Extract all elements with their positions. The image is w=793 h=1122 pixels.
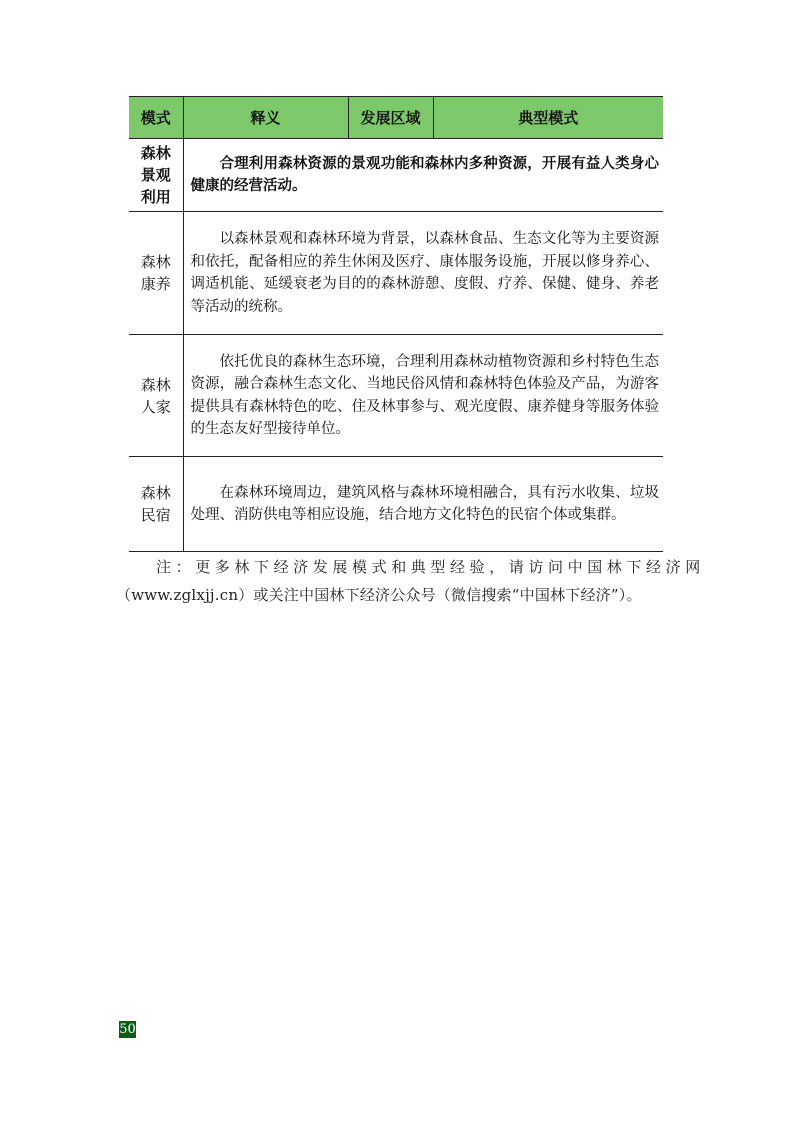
- mode-cell: 森林 康养: [129, 212, 183, 335]
- forest-model-table: 模式 释义 发展区域 典型模式 森林 景观 利用 合理利用森林资源的景观功能和森…: [129, 96, 663, 552]
- description-cell: 以森林景观和森林环境为背景，以森林食品、生态文化等为主要资源和依托，配备相应的养…: [183, 212, 663, 335]
- mode-cell: 森林 民宿: [129, 457, 183, 552]
- table-row: 森林 康养 以森林景观和森林环境为背景，以森林食品、生态文化等为主要资源和依托，…: [129, 212, 663, 335]
- table-row: 森林 景观 利用 合理利用森林资源的景观功能和森林内多种资源，开展有益人类身心健…: [129, 139, 663, 212]
- page-number: 50: [119, 1021, 136, 1038]
- footnote-line-2: （www.zglxjj.cn）或关注中国林下经济公众号（微信搜索“中国林下经济”…: [116, 581, 676, 609]
- table-row: 森林 民宿 在森林环境周边，建筑风格与森林环境相融合，具有污水收集、垃圾处理、消…: [129, 457, 663, 552]
- header-region: 发展区域: [348, 97, 433, 139]
- description-cell: 合理利用森林资源的景观功能和森林内多种资源，开展有益人类身心健康的经营活动。: [183, 139, 663, 212]
- header-typical-model: 典型模式: [433, 97, 663, 139]
- description-cell: 在森林环境周边，建筑风格与森林环境相融合，具有污水收集、垃圾处理、消防供电等相应…: [183, 457, 663, 552]
- header-mode: 模式: [129, 97, 183, 139]
- mode-cell: 森林 景观 利用: [129, 139, 183, 212]
- header-definition: 释义: [183, 97, 348, 139]
- mode-cell: 森林 人家: [129, 335, 183, 457]
- description-cell: 依托优良的森林生态环境，合理利用森林动植物资源和乡村特色生态资源，融合森林生态文…: [183, 335, 663, 457]
- footnote: 注：更多林下经济发展模式和典型经验，请访问中国林下经济网 （www.zglxjj…: [126, 553, 676, 609]
- table-header-row: 模式 释义 发展区域 典型模式: [129, 97, 663, 139]
- footnote-line-1: 注：更多林下经济发展模式和典型经验，请访问中国林下经济网: [126, 553, 676, 581]
- table-row: 森林 人家 依托优良的森林生态环境，合理利用森林动植物资源和乡村特色生态资源，融…: [129, 335, 663, 457]
